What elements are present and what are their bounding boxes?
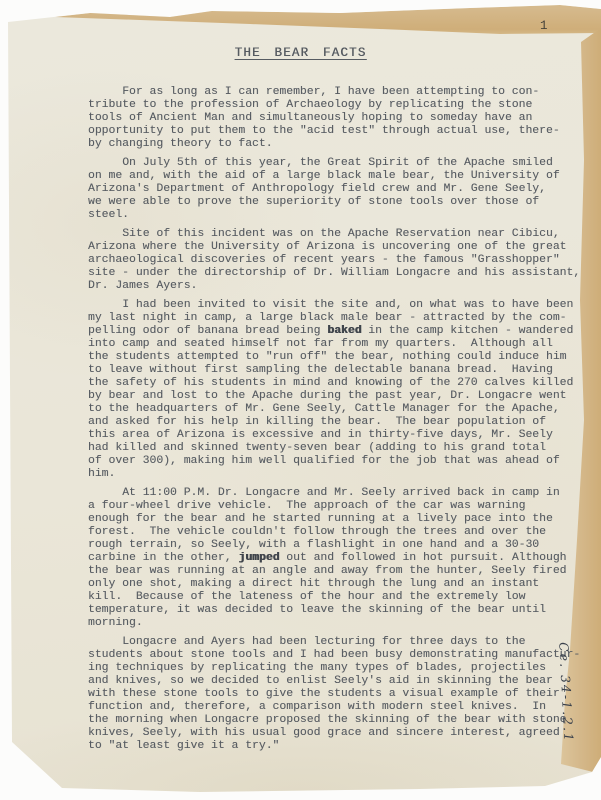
scanned-page: 1 THE BEAR FACTS For as long as I can re… [0, 0, 601, 800]
paragraph: I had been invited to visit the site and… [88, 299, 600, 481]
paragraph: On July 5th of this year, the Great Spir… [88, 157, 600, 222]
paragraph: For as long as I can remember, I have be… [88, 86, 600, 151]
paragraph: Site of this incident was on the Apache … [88, 228, 600, 293]
paragraph: At 11:00 P.M. Dr. Longacre and Mr. Seely… [88, 487, 600, 630]
document-body: For as long as I can remember, I have be… [88, 86, 600, 759]
paper-aged-top-edge [0, 0, 601, 42]
page-number: 1 [540, 19, 548, 33]
document-title: THE BEAR FACTS [0, 46, 601, 60]
paper-sheet: 1 THE BEAR FACTS For as long as I can re… [0, 0, 601, 800]
paragraph: Longacre and Ayers had been lecturing fo… [88, 636, 600, 753]
